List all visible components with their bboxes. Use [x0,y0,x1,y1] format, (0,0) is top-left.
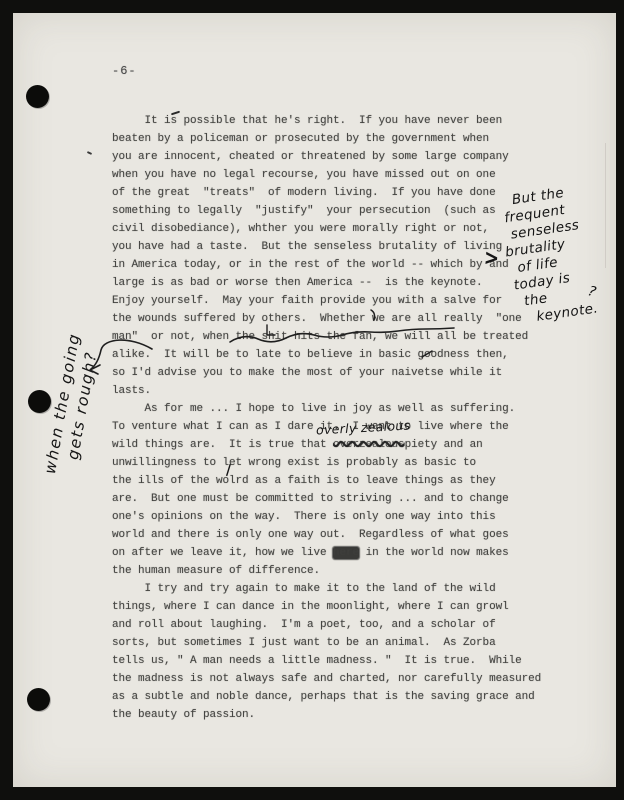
typed-line: As for me ... I hope to live in joy as w… [112,400,572,418]
scanned-document-screenshot: { "page": { "number_label": "-6-" }, "ty… [0,0,624,800]
right-margin-note: But thefrequentsenselessbrutalityof life… [497,179,623,329]
typed-line: man" or not, when the shit hits the fan,… [112,328,572,346]
typed-line: large is as bad or worse then America --… [112,274,572,292]
hole-punch-middle [28,390,51,413]
typed-segment: wild things are. It is true that [112,439,333,451]
typed-line: the wounds suffered by others. Whether w… [112,310,572,328]
typed-line: when you have no legal recourse, you hav… [112,166,572,184]
typed-line: the beauty of passion. [112,706,572,724]
typed-line: in America today, or in the rest of the … [112,256,572,274]
typed-line: so I'd advise you to make the most of yo… [112,364,572,382]
typed-segment: on after we leave it, how we live [112,547,333,559]
blotted-out-word: here [333,547,359,559]
typed-line: the madness is not always safe and chart… [112,670,572,688]
typed-line: alike. It will be to late to believe in … [112,346,572,364]
typed-line: beaten by a policeman or prosecuted by t… [112,130,572,148]
typed-paragraph: I try and try again to make it to the la… [112,580,572,724]
hole-punch-bottom [27,688,50,711]
typed-line: I try and try again to make it to the la… [112,580,572,598]
typed-line: tells us, " A man needs a little madness… [112,652,572,670]
typed-line: unwillingness to let wrong exist is prob… [112,454,572,472]
typed-segment: piety and an [405,439,483,451]
typed-line: things, where I can dance in the moonlig… [112,598,572,616]
typed-line: sorts, but sometimes I just want to be a… [112,634,572,652]
typed-paragraph: It is possible that he's right. If you h… [112,112,572,400]
typed-line: you are innocent, cheated or threatened … [112,148,572,166]
right-note-arrow-mark: > [483,245,500,271]
typed-line: It is possible that he's right. If you h… [112,112,572,130]
typed-line: the ills of the wolrd as a faith is to l… [112,472,572,490]
struck-out-word: overzealous [333,439,405,451]
typed-line: one's opinions on the way. There is only… [112,508,572,526]
dust-speck [87,151,92,155]
typed-line: and roll about laughing. I'm a poet, too… [112,616,572,634]
hole-punch-top [26,85,49,108]
typed-line: wild things are. It is true that overzea… [112,436,572,454]
page-number: -6- [112,64,137,78]
typed-line: world and there is only one way out. Reg… [112,526,572,544]
typed-line: the human measure of difference. [112,562,572,580]
typed-line: are. But one must be committed to strivi… [112,490,572,508]
typed-line: on after we leave it, how we live here i… [112,544,572,562]
typed-line: lasts. [112,382,572,400]
typed-line: as a subtle and noble dance, perhaps tha… [112,688,572,706]
typed-line: Enjoy yourself. May your faith provide y… [112,292,572,310]
typed-segment: in the world now makes [359,547,509,559]
